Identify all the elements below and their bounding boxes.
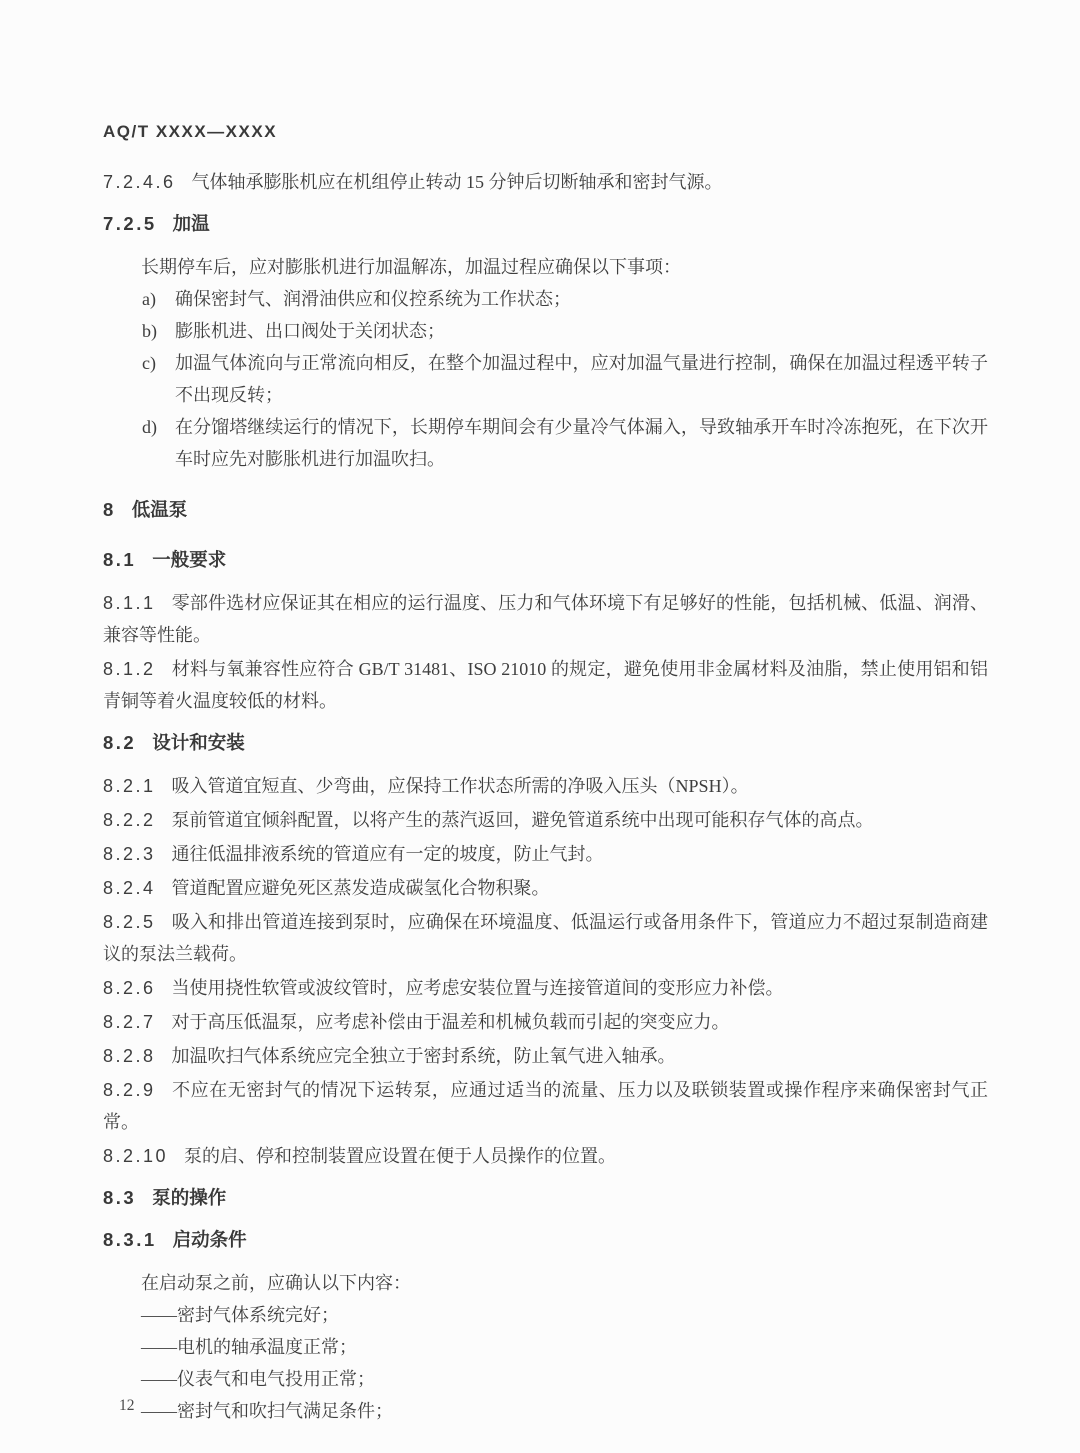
- dash-item-motor-bearing-temp: ——电机的轴承温度正常；: [103, 1331, 988, 1363]
- running-header-doc-code: AQ/T XXXX—XXXX: [103, 122, 988, 142]
- paragraph-intro-8.3.1: 在启动泵之前，应确认以下内容：: [103, 1267, 988, 1299]
- heading-title: 一般要求: [152, 549, 226, 570]
- heading-title: 设计和安装: [152, 732, 245, 753]
- list-item-b: b) 膨胀机进、出口阀处于关闭状态；: [103, 315, 988, 347]
- clause-number: 8.1.1: [103, 593, 156, 613]
- heading-title: 加温: [173, 213, 210, 234]
- clause-8.2.6: 8.2.6当使用挠性软管或波纹管时，应考虑安装位置与连接管道间的变形应力补偿。: [103, 972, 988, 1004]
- heading-number: 8.1: [103, 549, 136, 570]
- heading-8.3: 8.3泵的操作: [103, 1183, 988, 1213]
- list-text: 在分馏塔继续运行的情况下，长期停车期间会有少量冷气体漏入，导致轴承开车时冷冻抱死…: [175, 417, 988, 469]
- clause-number: 8.2.5: [103, 912, 156, 932]
- list-text: 膨胀机进、出口阀处于关闭状态；: [175, 321, 445, 341]
- heading-number: 8: [103, 499, 116, 520]
- clause-8.2.10: 8.2.10泵的启、停和控制装置应设置在便于人员操作的位置。: [103, 1140, 988, 1172]
- list-text: 加温气体流向与正常流向相反，在整个加温过程中，应对加温气量进行控制，确保在加温过…: [175, 353, 988, 405]
- clause-text: 对于高压低温泵，应考虑补偿由于温差和机械负载而引起的突变应力。: [172, 1012, 730, 1032]
- heading-title: 低温泵: [132, 499, 188, 520]
- clause-text: 加温吹扫气体系统应完全独立于密封系统，防止氧气进入轴承。: [172, 1046, 676, 1066]
- heading-7.2.5: 7.2.5加温: [103, 209, 988, 239]
- paragraph-intro-7.2.5: 长期停车后，应对膨胀机进行加温解冻，加温过程应确保以下事项：: [103, 251, 988, 283]
- clause-8.1.1: 8.1.1零部件选材应保证其在相应的运行温度、压力和气体环境下有足够好的性能，包…: [103, 587, 988, 651]
- clause-8.2.8: 8.2.8加温吹扫气体系统应完全独立于密封系统，防止氧气进入轴承。: [103, 1040, 988, 1072]
- clause-text: 当使用挠性软管或波纹管时，应考虑安装位置与连接管道间的变形应力补偿。: [172, 978, 784, 998]
- heading-8.2: 8.2设计和安装: [103, 728, 988, 758]
- clause-number: 8.2.2: [103, 810, 156, 830]
- dash-item-instrument-air: ——仪表气和电气投用正常；: [103, 1363, 988, 1395]
- clause-text: 材料与氧兼容性应符合 GB/T 31481、ISO 21010 的规定，避免使用…: [103, 659, 988, 711]
- list-item-c: c) 加温气体流向与正常流向相反，在整个加温过程中，应对加温气量进行控制，确保在…: [103, 347, 988, 411]
- clause-number: 8.2.6: [103, 978, 156, 998]
- clause-text: 泵前管道宜倾斜配置，以将产生的蒸汽返回，避免管道系统中出现可能积存气体的高点。: [172, 810, 874, 830]
- clause-8.2.3: 8.2.3通往低温排液系统的管道应有一定的坡度，防止气封。: [103, 838, 988, 870]
- clause-8.1.2: 8.1.2材料与氧兼容性应符合 GB/T 31481、ISO 21010 的规定…: [103, 653, 988, 717]
- clause-number: 8.2.8: [103, 1046, 156, 1066]
- clause-8.2.4: 8.2.4管道配置应避免死区蒸发造成碳氢化合物积聚。: [103, 872, 988, 904]
- clause-number: 8.2.4: [103, 878, 156, 898]
- dash-item-seal-gas-system: ——密封气体系统完好；: [103, 1299, 988, 1331]
- clause-number: 8.2.10: [103, 1146, 168, 1166]
- document-page: AQ/T XXXX—XXXX 7.2.4.6气体轴承膨胀机应在机组停止转动 15…: [0, 0, 1080, 1453]
- clause-8.2.7: 8.2.7对于高压低温泵，应考虑补偿由于温差和机械负载而引起的突变应力。: [103, 1006, 988, 1038]
- clause-number: 8.2.9: [103, 1080, 156, 1100]
- heading-number: 8.3.1: [103, 1229, 157, 1250]
- heading-title: 启动条件: [173, 1229, 247, 1250]
- list-item-d: d) 在分馏塔继续运行的情况下，长期停车期间会有少量冷气体漏入，导致轴承开车时冷…: [103, 411, 988, 475]
- list-item-a: a) 确保密封气、润滑油供应和仪控系统为工作状态；: [103, 283, 988, 315]
- clause-text: 管道配置应避免死区蒸发造成碳氢化合物积聚。: [172, 878, 550, 898]
- clause-number: 8.1.2: [103, 659, 156, 679]
- clause-7.2.4.6: 7.2.4.6气体轴承膨胀机应在机组停止转动 15 分钟后切断轴承和密封气源。: [103, 166, 988, 198]
- clause-text: 零部件选材应保证其在相应的运行温度、压力和气体环境下有足够好的性能，包括机械、低…: [103, 593, 988, 645]
- clause-number: 7.2.4.6: [103, 172, 176, 192]
- clause-text: 通往低温排液系统的管道应有一定的坡度，防止气封。: [172, 844, 604, 864]
- list-marker: c): [142, 347, 156, 379]
- clause-text: 不应在无密封气的情况下运转泵，应通过适当的流量、压力以及联锁装置或操作程序来确保…: [103, 1080, 988, 1132]
- clause-8.2.9: 8.2.9不应在无密封气的情况下运转泵，应通过适当的流量、压力以及联锁装置或操作…: [103, 1074, 988, 1138]
- clause-8.2.2: 8.2.2泵前管道宜倾斜配置，以将产生的蒸汽返回，避免管道系统中出现可能积存气体…: [103, 804, 988, 836]
- heading-8.1: 8.1一般要求: [103, 545, 988, 575]
- page-number: 12: [119, 1397, 135, 1415]
- list-text: 确保密封气、润滑油供应和仪控系统为工作状态；: [175, 289, 571, 309]
- list-marker: a): [142, 283, 156, 315]
- list-marker: b): [142, 315, 157, 347]
- clause-text: 泵的启、停和控制装置应设置在便于人员操作的位置。: [184, 1146, 616, 1166]
- heading-number: 7.2.5: [103, 213, 157, 234]
- clause-8.2.1: 8.2.1吸入管道宜短直、少弯曲，应保持工作状态所需的净吸入压头（NPSH）。: [103, 770, 988, 802]
- clause-text: 气体轴承膨胀机应在机组停止转动 15 分钟后切断轴承和密封气源。: [192, 172, 723, 192]
- clause-number: 8.2.7: [103, 1012, 156, 1032]
- heading-number: 8.2: [103, 732, 136, 753]
- clause-number: 8.2.3: [103, 844, 156, 864]
- heading-chapter-8: 8低温泵: [103, 495, 988, 525]
- heading-title: 泵的操作: [152, 1187, 226, 1208]
- heading-8.3.1: 8.3.1启动条件: [103, 1225, 988, 1255]
- list-marker: d): [142, 411, 157, 443]
- heading-number: 8.3: [103, 1187, 136, 1208]
- clause-number: 8.2.1: [103, 776, 156, 796]
- clause-text: 吸入管道宜短直、少弯曲，应保持工作状态所需的净吸入压头（NPSH）。: [172, 776, 749, 796]
- clause-8.2.5: 8.2.5吸入和排出管道连接到泵时，应确保在环境温度、低温运行或备用条件下，管道…: [103, 906, 988, 970]
- dash-item-purge-gas: ——密封气和吹扫气满足条件；: [103, 1395, 988, 1427]
- clause-text: 吸入和排出管道连接到泵时，应确保在环境温度、低温运行或备用条件下，管道应力不超过…: [103, 912, 988, 964]
